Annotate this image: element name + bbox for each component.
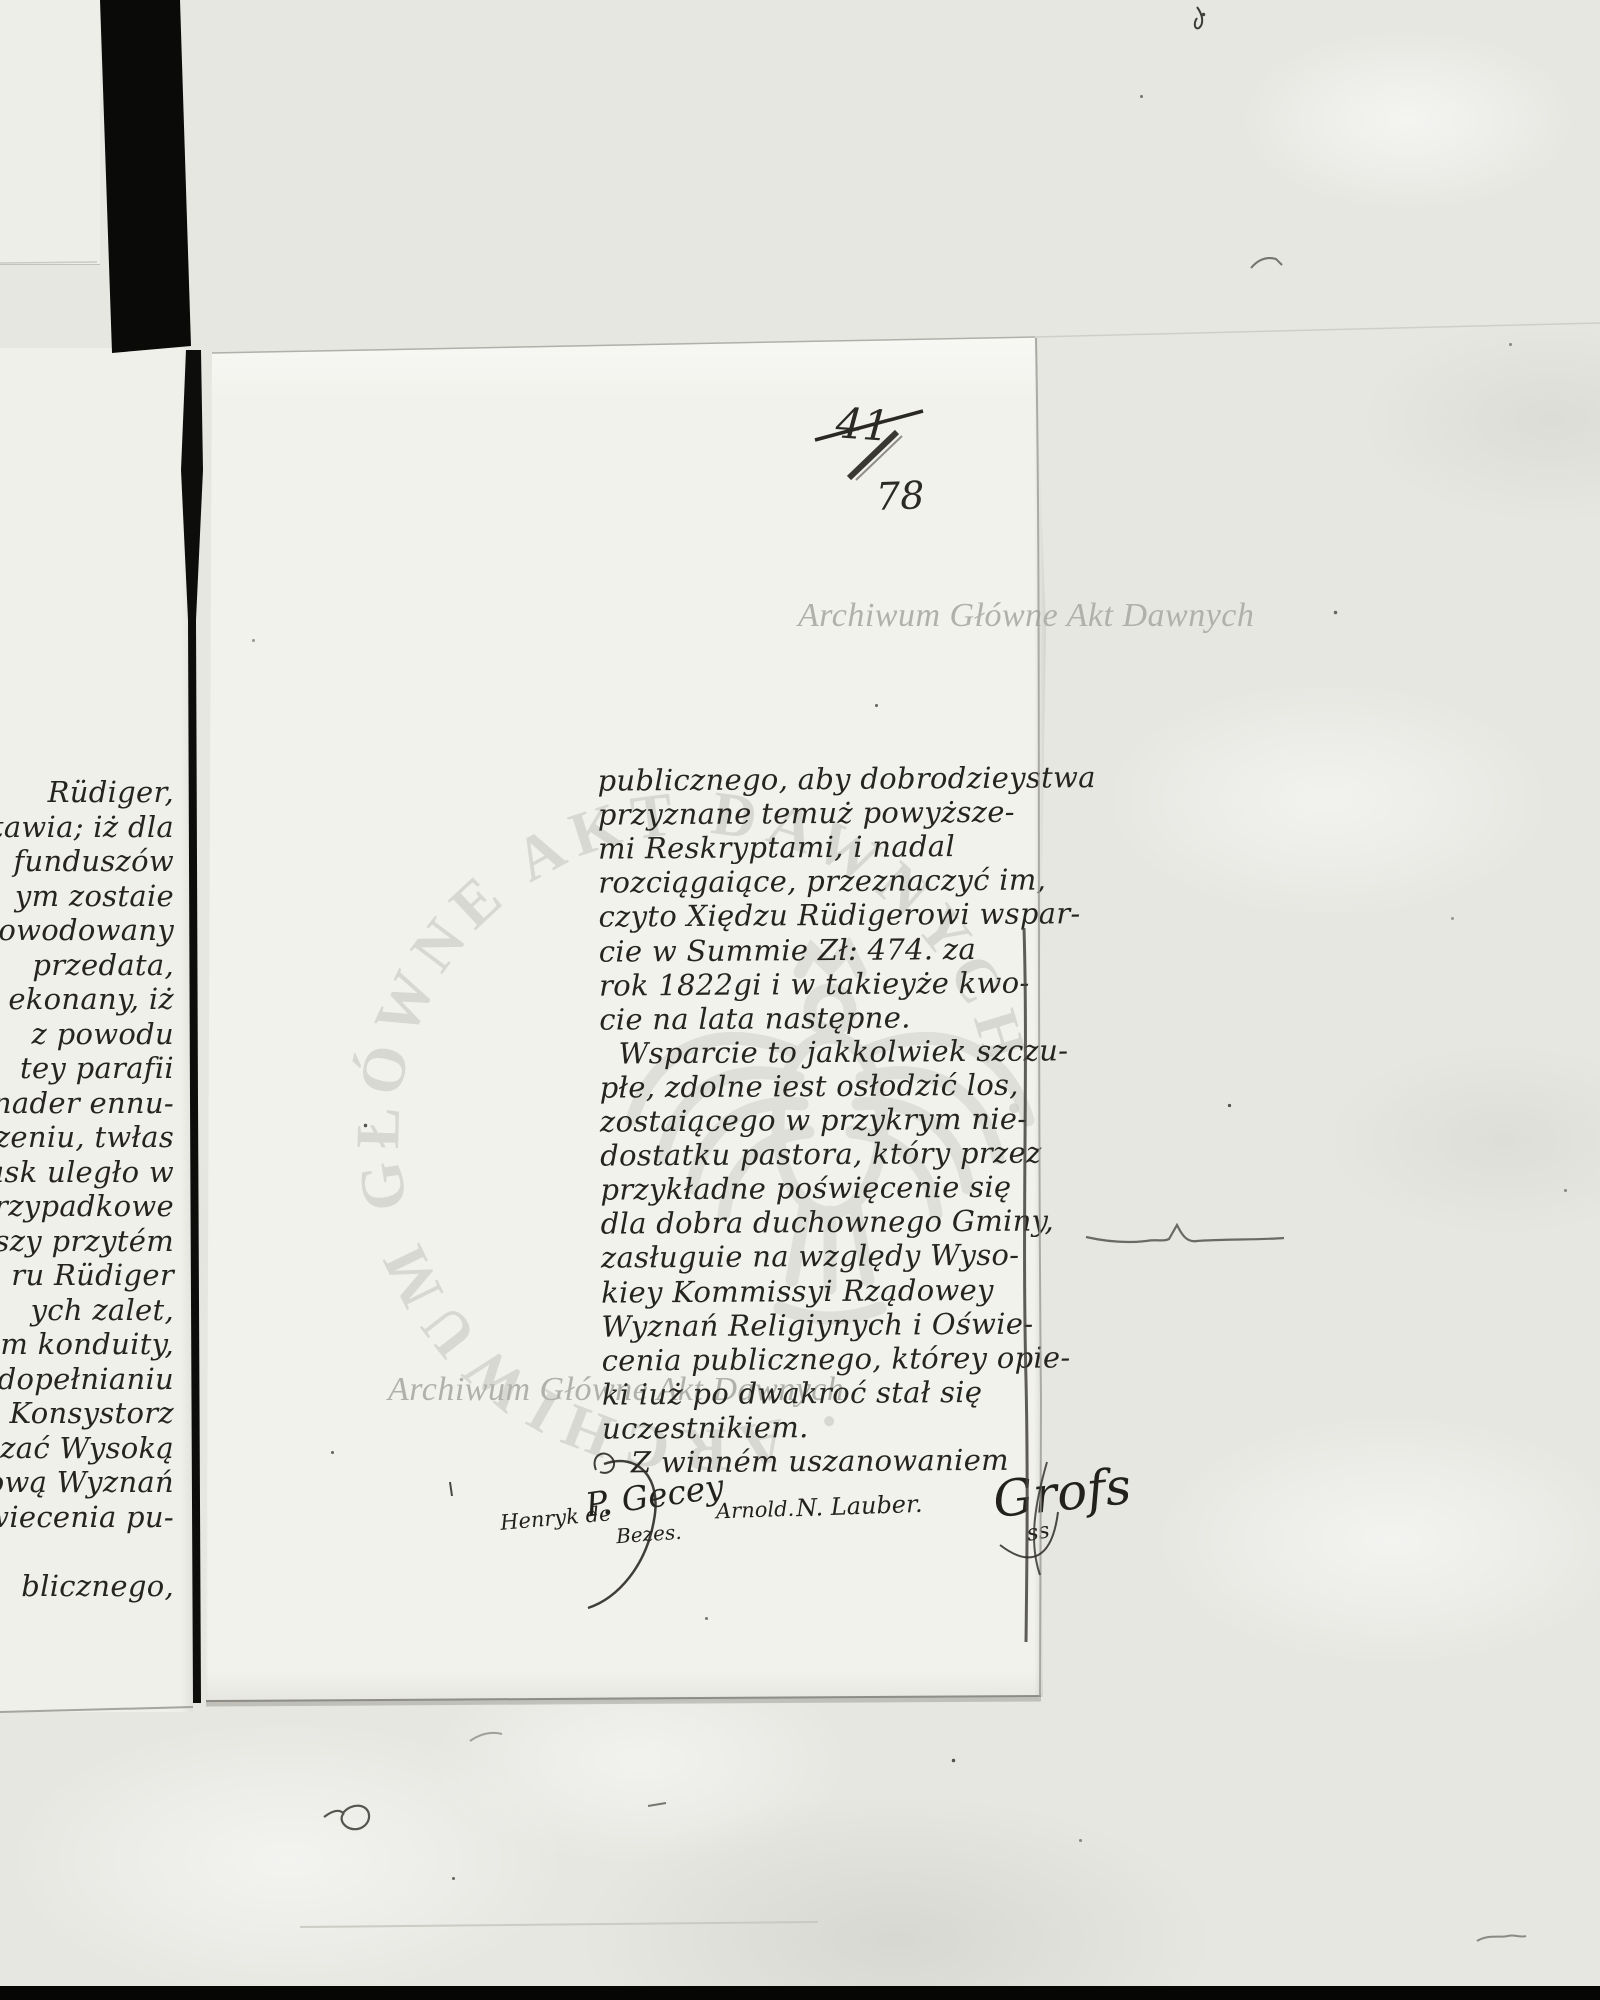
- left-page-text-line: em konduity,: [0, 1330, 174, 1359]
- handwritten-text-line: mi Reskryptami, i nadal: [598, 832, 955, 863]
- handwritten-text-line: Wyznań Religiynych i Oświe-: [601, 1309, 1033, 1341]
- handwritten-text-line: Z winném uszanowaniem: [602, 1446, 1009, 1478]
- left-page-text-line: z powodu: [32, 1020, 174, 1049]
- left-page-text-line: ków; Konsystorz: [0, 1399, 174, 1428]
- handwritten-text-line: cie na lata następne.: [599, 1003, 911, 1034]
- left-page-text-line: nader ennu-: [0, 1089, 174, 1118]
- signature-right-flourish: ss: [1025, 1518, 1052, 1547]
- film-bottom-strip: [0, 1986, 1600, 2000]
- handwritten-text-line: zasługuie na względy Wyso-: [601, 1241, 1020, 1273]
- left-page-text-line: przypadkowe: [0, 1192, 174, 1221]
- signature-middle-first: Arnold.: [716, 1497, 795, 1524]
- dust-specks: [0, 0, 1, 1]
- handwritten-text-line: przyznane temuż powyższe-: [598, 798, 1015, 830]
- handwritten-text-line: uczestnikiem.: [602, 1413, 809, 1443]
- handwritten-text-line: czyto Xiędzu Rüdigerowi wspar-: [598, 900, 1080, 932]
- left-page-text-line: ask uległo w: [0, 1158, 174, 1187]
- handwritten-text-line: kiey Kommissyi Rządowey: [601, 1275, 994, 1307]
- left-page-text-line: ządową Wyznań: [0, 1468, 174, 1497]
- left-page-text-line: otoszeniu, twłas: [0, 1123, 174, 1152]
- handwritten-text-line: dostatku pastora, który przez: [600, 1139, 1042, 1171]
- left-page-text-line: ru Rüdiger: [11, 1261, 174, 1290]
- handwritten-text-line: zostaiącego w przykrym nie-: [600, 1105, 1028, 1137]
- left-page-text-line: owodowany: [0, 916, 174, 945]
- handwritten-text-line: ki iuż po dwakroć stał się: [602, 1378, 983, 1410]
- left-page-text-line: ekonany, iż: [8, 985, 174, 1014]
- left-page-text-line: świecenia pu-: [0, 1503, 174, 1532]
- left-page-text-line: ym zostaie: [15, 882, 174, 911]
- handwritten-text-line: przykładne poświęcenie się: [600, 1173, 1011, 1205]
- left-page-text-line: tey parafii: [20, 1054, 174, 1083]
- left-page-text-line: szać Wysoką: [0, 1434, 174, 1463]
- handwritten-text-line: rok 1822gi i w takieyże kwo-: [599, 968, 1030, 1000]
- handwritten-text-line: dla dobra duchownego Gminy,: [601, 1207, 1054, 1239]
- archival-document-scan: Rüdiger,tawia; iż dlafunduszówym zostaie…: [0, 0, 1600, 2000]
- left-page-text-line: Rüdiger,: [48, 778, 174, 807]
- left-page-text-line: ych zalet,: [31, 1296, 174, 1325]
- left-page-text-line: blicznego,: [21, 1572, 174, 1601]
- crossed-out-folio-number: 41: [834, 398, 891, 451]
- handwritten-text-line: publicznego, aby dobrodzieystwa: [597, 763, 1095, 795]
- handwritten-text-line: Wsparcie to jakkolwiek szczu-: [599, 1036, 1068, 1068]
- folio-number: 78: [875, 473, 925, 519]
- handwritten-text-line: rozciągaiące, przeznaczyć im,: [598, 866, 1046, 898]
- signature-middle-second: N. Lauber.: [796, 1490, 923, 1522]
- handwritten-body-text: publicznego, aby dobrodzieystwaprzyznane…: [597, 763, 1062, 1486]
- left-page-text-line: przedata,: [32, 951, 174, 980]
- left-page-text-line: go dopełnianiu: [0, 1365, 174, 1394]
- signature-left-sub: Bezes.: [615, 1520, 682, 1549]
- left-page-text-line: wszy przytém: [0, 1227, 174, 1256]
- handwritten-text-line: cenia publicznego, którey opie-: [602, 1343, 1071, 1375]
- handwritten-text-line: płe, zdolne iest osłodzić los,: [600, 1071, 1019, 1103]
- left-page-text-line: tawia; iż dla: [0, 813, 174, 842]
- left-page-text: Rüdiger,tawia; iż dlafunduszówym zostaie…: [0, 778, 178, 1608]
- left-paper-scrap: [0, 0, 100, 265]
- archive-watermark-top: Archiwum Główne Akt Dawnych: [798, 597, 1254, 635]
- handwritten-text-line: cie w Summie Zł: 474. za: [599, 934, 976, 966]
- left-page-text-line: funduszów: [14, 847, 174, 876]
